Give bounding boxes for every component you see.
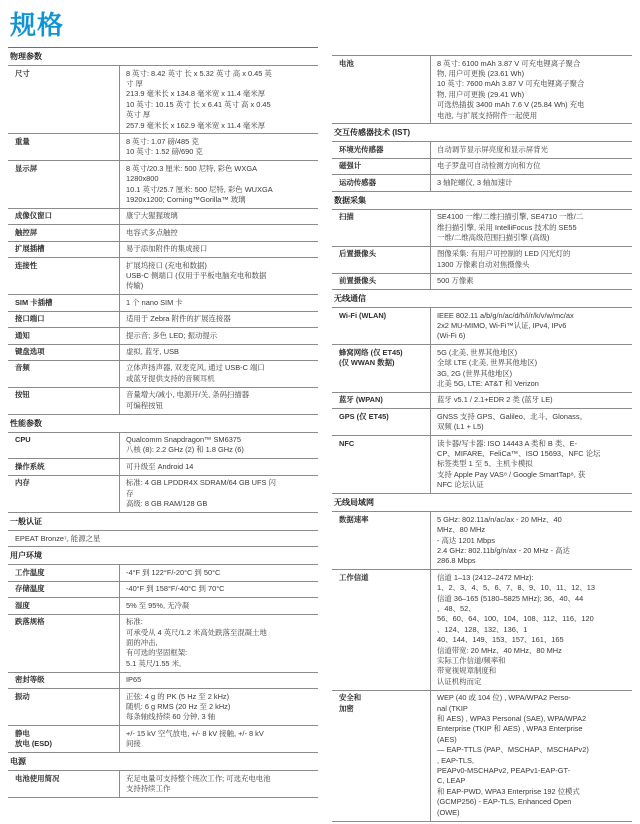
spec-value: 自动调节显示屏亮度和显示屏背光 bbox=[431, 142, 632, 157]
spec-value: 立体声扬声器, 双麦克风, 通过 USB-C 端口 或蓝牙提供支持的音频耳机 bbox=[120, 361, 318, 387]
spec-value: 1 个 nano SIM 卡 bbox=[120, 295, 318, 310]
spec-row: 安全和 加密WEP (40 或 104 位) , WPA/WPA2 Perso-… bbox=[332, 691, 632, 822]
spec-label: 键盘选项 bbox=[8, 345, 120, 360]
spec-label: 工作信道 bbox=[332, 570, 431, 689]
spec-label: 尺寸 bbox=[8, 66, 120, 133]
spec-label: 音频 bbox=[8, 361, 120, 387]
spec-value: 扩展坞接口 (充电和数据) USB-C 侧端口 (仅用于平板电脑充电和数据 传输… bbox=[120, 258, 318, 294]
spec-row: 磁强计电子罗盘可自动检测方向和方位 bbox=[332, 159, 632, 175]
spec-value: 3 轴陀螺仪, 3 轴加速计 bbox=[431, 175, 632, 190]
spec-label: 后置摄像头 bbox=[332, 247, 431, 273]
spec-row: 显示屏8 英寸/20.3 厘米: 500 尼特, 彩色 WXGA 1280x80… bbox=[8, 161, 318, 209]
spec-value: 8 英寸: 8.42 英寸 长 x 5.32 英寸 高 x 0.45 英 寸 厚… bbox=[120, 66, 318, 133]
spec-value: 可升级至 Android 14 bbox=[120, 459, 318, 474]
spec-label: 触控屏 bbox=[8, 225, 120, 240]
spec-value: IP65 bbox=[120, 673, 318, 688]
section-title: 电源 bbox=[8, 753, 318, 770]
spec-row: 连接性扩展坞接口 (充电和数据) USB-C 侧端口 (仅用于平板电脑充电和数据… bbox=[8, 258, 318, 295]
spec-label: 跌落规格 bbox=[8, 615, 120, 672]
spec-table: 扫描SE4100 一维/二维扫描引擎, SE4710 一维/二 维扫描引擎, 采… bbox=[332, 209, 632, 290]
spec-table: CPUQualcomm Snapdragon™ SM6375 八核 (8): 2… bbox=[8, 432, 318, 513]
spec-row: 数据速率5 GHz: 802.11a/n/ac/ax - 20 MHz、40 M… bbox=[332, 512, 632, 570]
spec-label: 重量 bbox=[8, 134, 120, 160]
spec-label: 静电 放电 (ESD) bbox=[8, 726, 120, 752]
spec-label: SIM 卡插槽 bbox=[8, 295, 120, 310]
spec-row: 电池8 英寸: 6100 mAh 3.87 V 可充电锂离子聚合 物, 用户可更… bbox=[332, 56, 632, 124]
spec-value: -4°F 到 122°F/-20°C 到 50°C bbox=[120, 565, 318, 580]
spec-row: EPEAT Bronze⁷, 能源之星 bbox=[8, 531, 318, 547]
spec-label: 接口端口 bbox=[8, 312, 120, 327]
spec-table: EPEAT Bronze⁷, 能源之星 bbox=[8, 530, 318, 547]
section-title: 交互传感器技术 (IST) bbox=[332, 124, 632, 141]
spec-label: 密封等级 bbox=[8, 673, 120, 688]
spec-value: 5% 至 95%, 无冷凝 bbox=[120, 598, 318, 613]
section-title: 性能参数 bbox=[8, 415, 318, 432]
section-title: 数据采集 bbox=[332, 192, 632, 209]
spec-row: 电池使用简况充足电量可支持整个班次工作; 可选充电电池 支持持续工作 bbox=[8, 771, 318, 798]
spec-label: 磁强计 bbox=[332, 159, 431, 174]
spec-label: 环境光传感器 bbox=[332, 142, 431, 157]
spec-row: 运动传感器3 轴陀螺仪, 3 轴加速计 bbox=[332, 175, 632, 191]
spec-value: 图像采集: 有用户可控制的 LED 闪光灯的 1300 万像素自动对焦摄像头 bbox=[431, 247, 632, 273]
spec-label: Wi-Fi (WLAN) bbox=[332, 308, 431, 344]
page-title: 规格 bbox=[10, 5, 632, 42]
section-title: 用户环境 bbox=[8, 547, 318, 564]
spec-row: 湿度5% 至 95%, 无冷凝 bbox=[8, 598, 318, 614]
spec-label: 电池使用简况 bbox=[8, 771, 120, 797]
spec-label: 扩展插槽 bbox=[8, 242, 120, 257]
spec-row: CPUQualcomm Snapdragon™ SM6375 八核 (8): 2… bbox=[8, 433, 318, 460]
section-title: 无线通信 bbox=[332, 290, 632, 307]
spec-row: 存储温度-40°F 到 158°F/-40°C 到 70°C bbox=[8, 582, 318, 598]
spec-label: 操作系统 bbox=[8, 459, 120, 474]
spec-row: 接口端口适用于 Zebra 附件的扩展连接器 bbox=[8, 312, 318, 328]
spec-table: 电池使用简况充足电量可支持整个班次工作; 可选充电电池 支持持续工作 bbox=[8, 770, 318, 798]
spec-label: 电池 bbox=[332, 56, 431, 123]
spec-row: Wi-Fi (WLAN)IEEE 802.11 a/b/g/n/ac/d/h/i… bbox=[332, 308, 632, 345]
spec-value: EPEAT Bronze⁷, 能源之星 bbox=[8, 531, 318, 546]
spec-value: Qualcomm Snapdragon™ SM6375 八核 (8): 2.2 … bbox=[120, 433, 318, 459]
spec-value: 虚拟, 蓝牙, USB bbox=[120, 345, 318, 360]
spec-label: NFC bbox=[332, 436, 431, 493]
spec-columns: 物理参数尺寸8 英寸: 8.42 英寸 长 x 5.32 英寸 高 x 0.45… bbox=[8, 47, 632, 822]
spec-table: 数据速率5 GHz: 802.11a/n/ac/ax - 20 MHz、40 M… bbox=[332, 511, 632, 821]
spec-value: -40°F 到 158°F/-40°C 到 70°C bbox=[120, 582, 318, 597]
spec-value: 8 英寸: 6100 mAh 3.87 V 可充电锂离子聚合 物, 用户可更换 … bbox=[431, 56, 632, 123]
spec-row: 扫描SE4100 一维/二维扫描引擎, SE4710 一维/二 维扫描引擎, 采… bbox=[332, 210, 632, 247]
spec-value: 500 万像素 bbox=[431, 274, 632, 289]
spec-row: 静电 放电 (ESD)+/- 15 kV 空气放电, +/- 8 kV 接触, … bbox=[8, 726, 318, 753]
spec-label: GPS (仅 ET45) bbox=[332, 409, 431, 435]
spec-label: 工作温度 bbox=[8, 565, 120, 580]
spec-row: GPS (仅 ET45)GNSS 支持 GPS、Galileo、北斗、Glona… bbox=[332, 409, 632, 436]
spec-label: 振动 bbox=[8, 689, 120, 725]
section-title: 一般认证 bbox=[8, 513, 318, 530]
spec-row: 蓝牙 (WPAN)蓝牙 v5.1 / 2.1+EDR 2 类 (蓝牙 LE) bbox=[332, 393, 632, 409]
spec-value: 充足电量可支持整个班次工作; 可选充电电池 支持持续工作 bbox=[120, 771, 318, 797]
spec-row: 触控屏电容式多点触控 bbox=[8, 225, 318, 241]
spec-row: 跌落规格标准: 可承受从 4 英尺/1.2 米高处跌落至混凝土地 面的冲击, 有… bbox=[8, 615, 318, 673]
spec-label: CPU bbox=[8, 433, 120, 459]
spec-table: 环境光传感器自动调节显示屏亮度和显示屏背光磁强计电子罗盘可自动检测方向和方位运动… bbox=[332, 141, 632, 191]
section-title: 无线局域网 bbox=[332, 494, 632, 511]
spec-label: 连接性 bbox=[8, 258, 120, 294]
spec-label: 湿度 bbox=[8, 598, 120, 613]
spec-table: Wi-Fi (WLAN)IEEE 802.11 a/b/g/n/ac/d/h/i… bbox=[332, 307, 632, 494]
spec-value: 康宁大猩猩玻璃 bbox=[120, 209, 318, 224]
spec-value: 易于添加附件的集成接口 bbox=[120, 242, 318, 257]
spec-label: 成像仪窗口 bbox=[8, 209, 120, 224]
section-title: 物理参数 bbox=[8, 48, 318, 65]
spec-value: GNSS 支持 GPS、Galileo、北斗、Glonass。 双频 (L1 +… bbox=[431, 409, 632, 435]
spec-row: 通知提示音; 多色 LED; 振动提示 bbox=[8, 328, 318, 344]
spec-label: 数据速率 bbox=[332, 512, 431, 569]
spec-row: 工作信道信道 1–13 (2412–2472 MHz): 1、2、3、4、5、6… bbox=[332, 570, 632, 690]
spec-value: WEP (40 或 104 位) , WPA/WPA2 Perso- nal (… bbox=[431, 691, 632, 821]
spec-value: 信道 1–13 (2412–2472 MHz): 1、2、3、4、5、6、7、8… bbox=[431, 570, 632, 689]
spec-value: 标准: 4 GB LPDDR4X SDRAM/64 GB UFS 闪 存 高级:… bbox=[120, 476, 318, 512]
spec-value: +/- 15 kV 空气放电, +/- 8 kV 接触, +/- 8 kV 间接 bbox=[120, 726, 318, 752]
spec-value: IEEE 802.11 a/b/g/n/ac/d/h/i/r/k/v/w/mc/… bbox=[431, 308, 632, 344]
spec-value: 读卡器/写卡器: ISO 14443 A 类和 B 类、E- CP、MIFARE… bbox=[431, 436, 632, 493]
spec-row: 按钮音量增大/减小, 电源开/关, 条码扫描器 可编程按钮 bbox=[8, 388, 318, 415]
spec-label: 扫描 bbox=[332, 210, 431, 246]
spec-row: 振动正弦: 4 g 的 PK (5 Hz 至 2 kHz) 随机: 6 g RM… bbox=[8, 689, 318, 726]
spec-sheet-page: 规格 物理参数尺寸8 英寸: 8.42 英寸 长 x 5.32 英寸 高 x 0… bbox=[0, 0, 640, 822]
spec-table: 电池8 英寸: 6100 mAh 3.87 V 可充电锂离子聚合 物, 用户可更… bbox=[332, 55, 632, 124]
spec-label: 蓝牙 (WPAN) bbox=[332, 393, 431, 408]
spec-label: 运动传感器 bbox=[332, 175, 431, 190]
spec-label: 按钮 bbox=[8, 388, 120, 414]
spec-table: 工作温度-4°F 到 122°F/-20°C 到 50°C存储温度-40°F 到… bbox=[8, 564, 318, 753]
spec-row: 后置摄像头图像采集: 有用户可控制的 LED 闪光灯的 1300 万像素自动对焦… bbox=[332, 247, 632, 274]
spec-label: 显示屏 bbox=[8, 161, 120, 208]
spec-value: 标准: 可承受从 4 英尺/1.2 米高处跌落至混凝土地 面的冲击, 有可选的坚… bbox=[120, 615, 318, 672]
spec-value: 5 GHz: 802.11a/n/ac/ax - 20 MHz、40 MHz、8… bbox=[431, 512, 632, 569]
spec-row: 密封等级IP65 bbox=[8, 673, 318, 689]
spec-label: 前置摄像头 bbox=[332, 274, 431, 289]
spec-row: 键盘选项虚拟, 蓝牙, USB bbox=[8, 345, 318, 361]
spec-table: 尺寸8 英寸: 8.42 英寸 长 x 5.32 英寸 高 x 0.45 英 寸… bbox=[8, 65, 318, 415]
spec-value: 电子罗盘可自动检测方向和方位 bbox=[431, 159, 632, 174]
spec-row: 扩展插槽易于添加附件的集成接口 bbox=[8, 242, 318, 258]
spec-value: 5G (北美, 世界其他地区) 全球 LTE (北美, 世界其他地区) 3G, … bbox=[431, 345, 632, 392]
spec-row: 前置摄像头500 万像素 bbox=[332, 274, 632, 290]
spec-label: 蜂窝网络 (仅 ET45) (仅 WWAN 数据) bbox=[332, 345, 431, 392]
spec-label: 内存 bbox=[8, 476, 120, 512]
spec-value: 正弦: 4 g 的 PK (5 Hz 至 2 kHz) 随机: 6 g RMS … bbox=[120, 689, 318, 725]
spec-row: 蜂窝网络 (仅 ET45) (仅 WWAN 数据)5G (北美, 世界其他地区)… bbox=[332, 345, 632, 393]
spec-row: 内存标准: 4 GB LPDDR4X SDRAM/64 GB UFS 闪 存 高… bbox=[8, 476, 318, 513]
spec-row: 操作系统可升级至 Android 14 bbox=[8, 459, 318, 475]
spec-row: 尺寸8 英寸: 8.42 英寸 长 x 5.32 英寸 高 x 0.45 英 寸… bbox=[8, 66, 318, 134]
spec-row: 环境光传感器自动调节显示屏亮度和显示屏背光 bbox=[332, 142, 632, 158]
spec-label: 通知 bbox=[8, 328, 120, 343]
left-column: 物理参数尺寸8 英寸: 8.42 英寸 长 x 5.32 英寸 高 x 0.45… bbox=[8, 47, 318, 798]
spec-row: 工作温度-4°F 到 122°F/-20°C 到 50°C bbox=[8, 565, 318, 581]
spec-row: 音频立体声扬声器, 双麦克风, 通过 USB-C 端口 或蓝牙提供支持的音频耳机 bbox=[8, 361, 318, 388]
spec-value: 音量增大/减小, 电源开/关, 条码扫描器 可编程按钮 bbox=[120, 388, 318, 414]
spec-value: 蓝牙 v5.1 / 2.1+EDR 2 类 (蓝牙 LE) bbox=[431, 393, 632, 408]
right-column: 电池8 英寸: 6100 mAh 3.87 V 可充电锂离子聚合 物, 用户可更… bbox=[332, 55, 632, 822]
spec-row: NFC读卡器/写卡器: ISO 14443 A 类和 B 类、E- CP、MIF… bbox=[332, 436, 632, 494]
spec-value: 电容式多点触控 bbox=[120, 225, 318, 240]
spec-value: 8 英寸/20.3 厘米: 500 尼特, 彩色 WXGA 1280x800 1… bbox=[120, 161, 318, 208]
spec-value: SE4100 一维/二维扫描引擎, SE4710 一维/二 维扫描引擎, 采用 … bbox=[431, 210, 632, 246]
spec-value: 适用于 Zebra 附件的扩展连接器 bbox=[120, 312, 318, 327]
spec-row: 重量8 英寸: 1.07 磅/485 克 10 英寸: 1.52 磅/690 克 bbox=[8, 134, 318, 161]
spec-row: 成像仪窗口康宁大猩猩玻璃 bbox=[8, 209, 318, 225]
spec-row: SIM 卡插槽1 个 nano SIM 卡 bbox=[8, 295, 318, 311]
spec-label: 存储温度 bbox=[8, 582, 120, 597]
spec-value: 提示音; 多色 LED; 振动提示 bbox=[120, 328, 318, 343]
spec-label: 安全和 加密 bbox=[332, 691, 431, 821]
spec-value: 8 英寸: 1.07 磅/485 克 10 英寸: 1.52 磅/690 克 bbox=[120, 134, 318, 160]
